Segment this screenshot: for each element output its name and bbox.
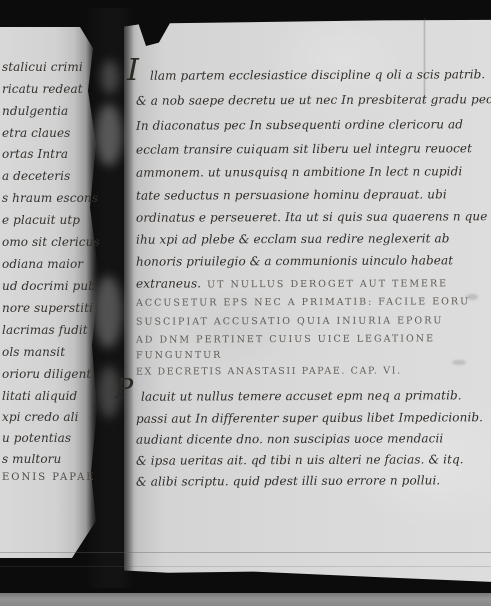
left-page-line: a deceteris	[2, 169, 70, 183]
left-page-line: s hraum escons	[2, 191, 98, 205]
left-page-line: lacrimas fudit	[2, 323, 88, 337]
rubric-line: ACCUSETUR EPS NEC A PRIMATIB: FACILE EOR…	[136, 296, 470, 309]
left-page-line: stalicui crimi	[2, 60, 83, 74]
left-page-line: s multoru	[2, 452, 61, 466]
left-page-line: ricatu redeat	[2, 82, 83, 96]
right-page-line: passi aut In differenter super quibus li…	[136, 410, 483, 426]
right-page-line: ihu xpi ad plebe & ecclam sua redire neg…	[136, 231, 450, 247]
margin-smudge	[452, 360, 466, 365]
left-page-line-capitals: EONIS PAPAE	[2, 472, 96, 484]
fold-highlight	[101, 60, 119, 94]
mixed-line-plain: extraneus.	[136, 276, 201, 290]
ruled-line	[0, 566, 491, 567]
right-page-line: honoris priuilegio & a communionis uincu…	[136, 253, 453, 269]
left-page-line: ols mansit	[2, 345, 65, 359]
manuscript-photo: stalicui crimi ricatu redeat ndulgentia …	[0, 0, 491, 606]
right-page-line: In diaconatus pec In subsequenti ordine …	[136, 117, 463, 133]
fold-highlight	[94, 276, 122, 348]
right-page-line: ordinatus e perseueret. Ita ut si quis s…	[136, 209, 488, 225]
left-page-line: nore superstiti	[2, 301, 93, 315]
right-page-line-mixed: extraneus.UT NULLUS DEROGET AUT TEMERE	[136, 275, 448, 291]
left-page-line: orioru diligent	[2, 367, 91, 381]
right-page-line: lacuit ut nullus temere accuset epm neq …	[141, 388, 462, 404]
left-page-line: xpi credo ali	[2, 410, 79, 424]
right-page-line: & a nob saepe decretu ue ut nec In presb…	[136, 92, 491, 108]
left-page-line: omo sit clericus	[2, 235, 100, 249]
rubric-line: AD DNM PERTINET CUIUS UICE LEGATIONE	[136, 333, 435, 346]
drop-cap-i: I	[127, 56, 139, 86]
right-page-line: ammonem. ut unusquisq n ambitione In lec…	[136, 164, 462, 180]
gutter-shadow	[86, 8, 134, 588]
left-page-line: ndulgentia	[2, 104, 68, 118]
right-page-line: & alibi scriptu. quid pdest illi suo err…	[136, 473, 440, 489]
left-page-line: litati aliquid	[2, 389, 77, 403]
left-page-line: e placuit utp	[2, 213, 80, 227]
drop-cap-p: P	[115, 376, 133, 403]
right-page-line: tate seductus n persuasione hominu depra…	[136, 187, 447, 203]
rubric-line: SUSCIPIAT ACCUSATIO QUIA INIURIA EPORU	[136, 315, 443, 328]
fold-highlight	[96, 104, 122, 166]
right-page-line: ecclam transire cuiquam sit liberu uel i…	[136, 141, 472, 157]
rubric-line: FUNGUNTUR	[136, 350, 222, 362]
left-page-line: etra claues	[2, 126, 70, 140]
left-page-line: odiana maior	[2, 257, 83, 271]
ruled-line	[0, 552, 491, 553]
right-page-line: llam partem ecclesiastice discipline q o…	[150, 67, 485, 83]
left-page-line: u potentias	[2, 431, 71, 445]
left-page-line: ortas Intra	[2, 147, 68, 161]
mixed-line-capitals: UT NULLUS DEROGET AUT TEMERE	[207, 278, 448, 290]
right-page-line: & ipsa ueritas ait. qd tibi n uis alteri…	[136, 452, 464, 468]
chapter-heading: EX DECRETIS ANASTASII PAPAE. CAP. VI.	[136, 365, 402, 378]
scan-bed-strip	[0, 593, 491, 606]
crease-line	[424, 18, 425, 102]
right-page-line: audiant dicente dno. non suscipias uoce …	[136, 431, 443, 447]
left-page-line: ud docrimi pub	[2, 279, 96, 293]
